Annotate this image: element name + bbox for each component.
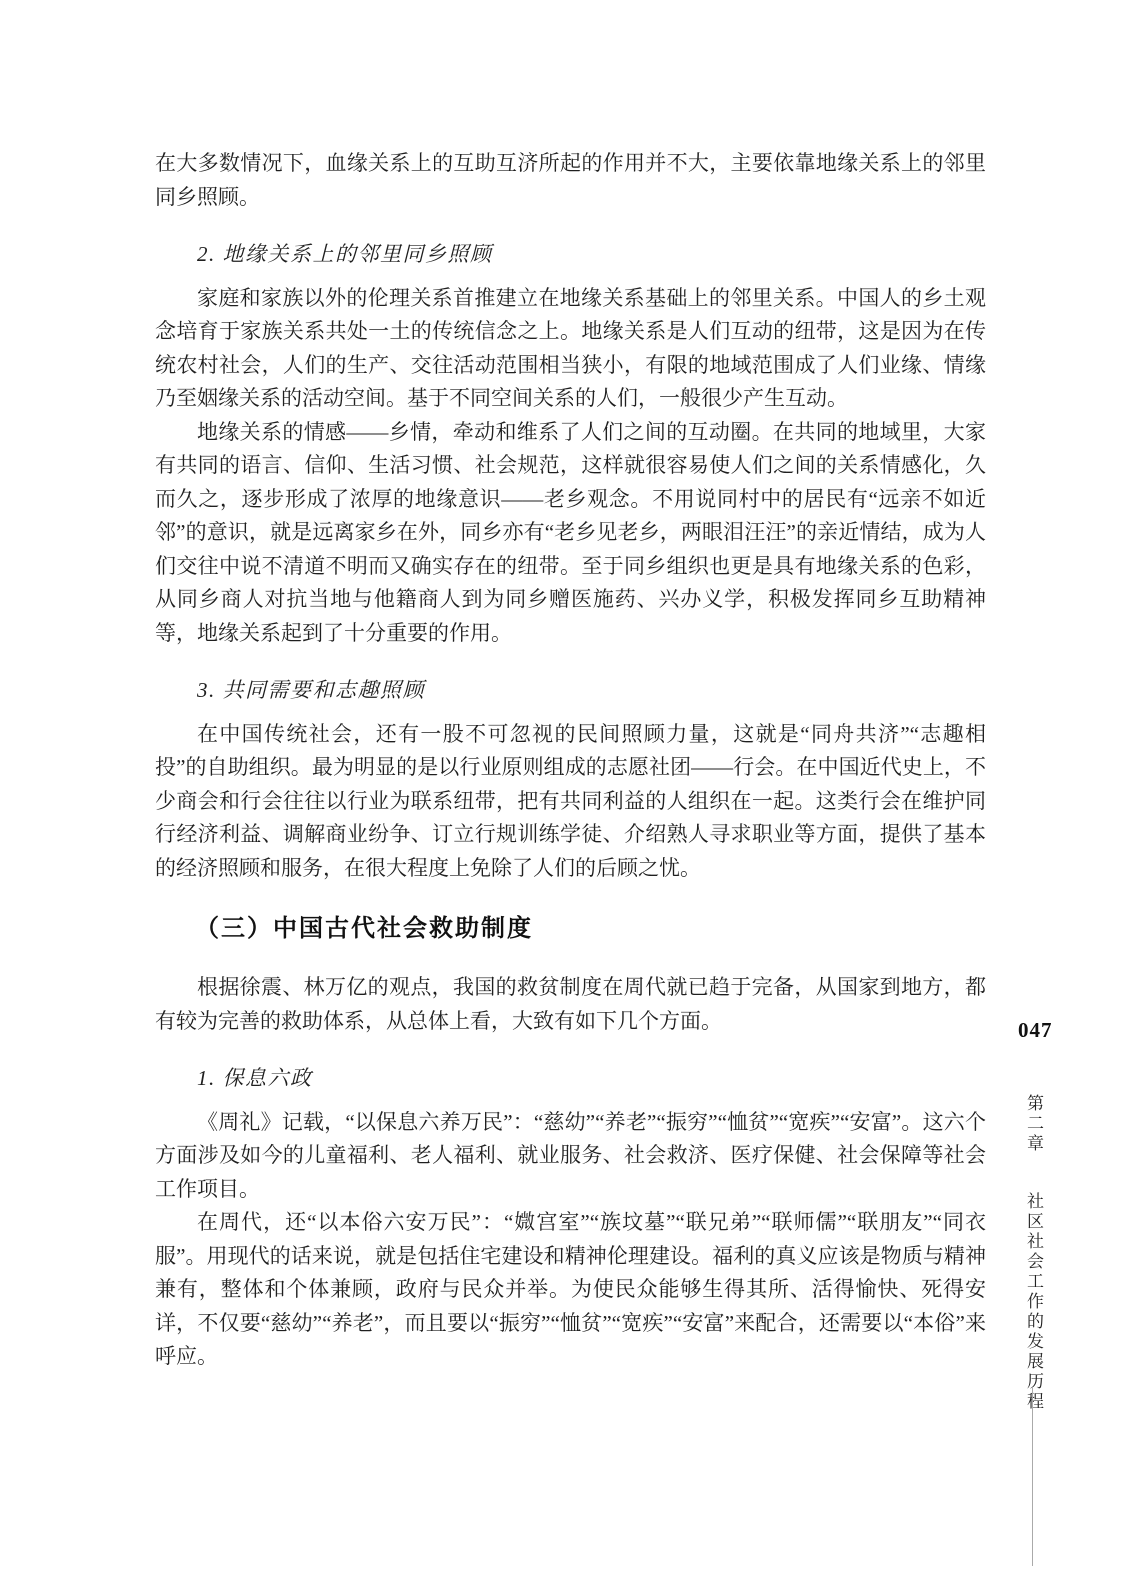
subheading-six-policies: 1. 保息六政 bbox=[155, 1062, 986, 1096]
paragraph: 在周代，还“以本俗六安万民”：“媺宫室”“族坟墓”“联兄弟”“联师儒”“联朋友”… bbox=[155, 1206, 986, 1374]
paragraph: 家庭和家族以外的伦理关系首推建立在地缘关系基础上的邻里关系。中国人的乡土观念培育… bbox=[155, 282, 986, 416]
subheading-common-needs-care: 3. 共同需要和志趣照顾 bbox=[155, 674, 986, 708]
chapter-title: 社区社会工作的发展历程 bbox=[1024, 1192, 1043, 1412]
paragraph: 在中国传统社会，还有一股不可忽视的民间照顾力量，这就是“同舟共济”“志趣相投”的… bbox=[155, 718, 986, 886]
book-page: 在大多数情况下，血缘关系上的互助互济所起的作用并不大，主要依靠地缘关系上的邻里同… bbox=[0, 0, 1127, 1570]
main-text-column: 在大多数情况下，血缘关系上的互助互济所起的作用并不大，主要依靠地缘关系上的邻里同… bbox=[155, 147, 986, 1374]
chapter-label: 第二章 bbox=[1024, 1094, 1043, 1154]
paragraph-continued: 在大多数情况下，血缘关系上的互助互济所起的作用并不大，主要依靠地缘关系上的邻里同… bbox=[155, 147, 986, 214]
section-heading-ancient-relief-system: （三）中国古代社会救助制度 bbox=[155, 911, 986, 947]
paragraph: 地缘关系的情感——乡情，牵动和维系了人们之间的互动圈。在共同的地域里，大家有共同… bbox=[155, 416, 986, 651]
paragraph: 根据徐震、林万亿的观点，我国的救贫制度在周代就已趋于完备，从国家到地方，都有较为… bbox=[155, 971, 986, 1038]
page-number: 047 bbox=[1018, 1018, 1053, 1043]
chapter-sidebar: 第二章 社区社会工作的发展历程 bbox=[1014, 1094, 1052, 1414]
paragraph: 《周礼》记载，“以保息六养万民”：“慈幼”“养老”“振穷”“恤贫”“宽疾”“安富… bbox=[155, 1106, 986, 1207]
subheading-neighborhood-care: 2. 地缘关系上的邻里同乡照顾 bbox=[155, 238, 986, 272]
sidebar-rule bbox=[1032, 1388, 1033, 1566]
